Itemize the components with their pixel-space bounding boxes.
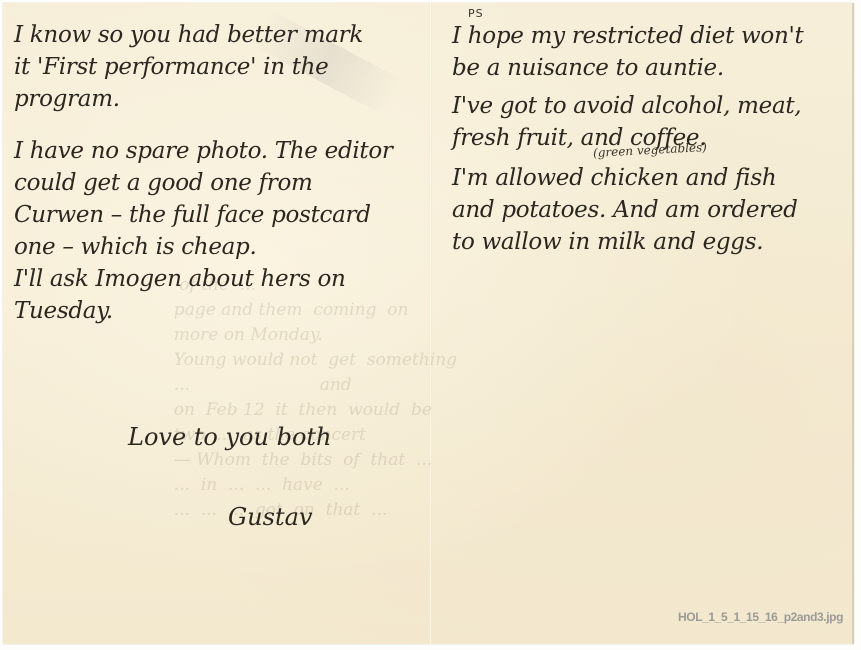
paragraph: I've got to avoid alcohol, meat, fresh f… — [452, 90, 852, 154]
text-line: I have no spare photo. The editor — [14, 135, 424, 167]
text-line: Tuesday. — [14, 295, 424, 327]
text-line: I'm allowed chicken and fish — [452, 162, 852, 194]
paragraph: I'll ask Imogen about hers on Tuesday. — [14, 263, 424, 327]
paragraph: I have no spare photo. The editor could … — [14, 135, 424, 263]
signature: Gustav — [228, 503, 312, 531]
paper-sheet: of the ... page and them coming on more … — [3, 3, 854, 644]
text-line: be a nuisance to auntie. — [452, 52, 852, 84]
text-line: one – which is cheap. — [14, 231, 424, 263]
paragraph: I know so you had better mark it 'First … — [14, 19, 424, 115]
text-line: fresh fruit, and coffee. — [452, 122, 852, 154]
text-line: I know so you had better mark — [14, 19, 424, 51]
letter-scan: of the ... page and them coming on more … — [0, 0, 861, 650]
left-page-text: I know so you had better mark it 'First … — [14, 19, 424, 327]
text-line: I'll ask Imogen about hers on — [14, 263, 424, 295]
text-line: it 'First performance' in the — [14, 51, 424, 83]
right-page-text: I hope my restricted diet won't be a nui… — [452, 20, 852, 258]
text-line: and potatoes. And am ordered — [452, 194, 852, 226]
text-line: to wallow in milk and eggs. — [452, 226, 852, 258]
text-line: program. — [14, 83, 424, 115]
text-line: I hope my restricted diet won't — [452, 20, 852, 52]
text-line: I've got to avoid alcohol, meat, — [452, 90, 852, 122]
closing-line: Love to you both — [128, 423, 332, 451]
paper-edge — [852, 3, 854, 644]
text-line: Curwen – the full face postcard — [14, 199, 424, 231]
text-line: could get a good one from — [14, 167, 424, 199]
ps-mark: PS — [468, 7, 484, 20]
paragraph: I hope my restricted diet won't be a nui… — [452, 20, 852, 84]
filename-watermark: HOL_1_5_1_15_16_p2and3.jpg — [678, 610, 854, 625]
paragraph: I'm allowed chicken and fish and potatoe… — [452, 162, 852, 258]
